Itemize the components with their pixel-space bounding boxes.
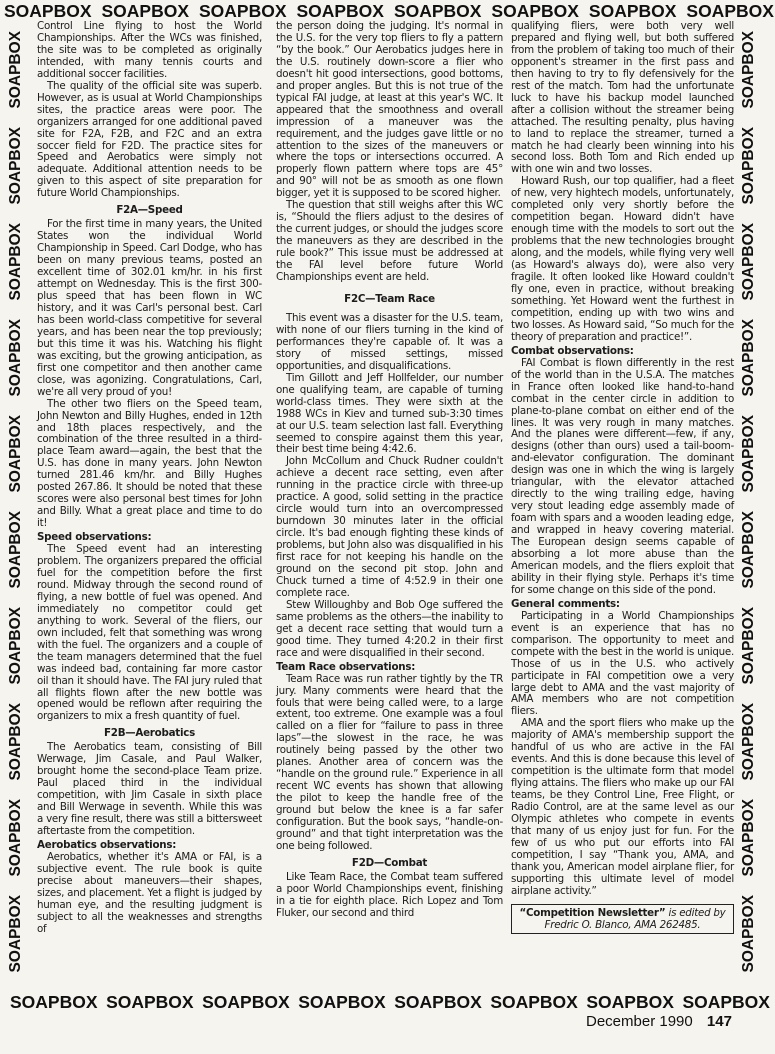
- banner-word: SOAPBOX: [6, 415, 26, 493]
- subheading-team-race-observations: Team Race observations:: [276, 661, 503, 673]
- banner-word: SOAPBOX: [739, 415, 759, 493]
- banner-word: SOAPBOX: [101, 1, 189, 22]
- banner-word: SOAPBOX: [739, 319, 759, 397]
- paragraph: Team Race was run rather tightly by the …: [276, 674, 503, 853]
- banner-word: SOAPBOX: [296, 1, 384, 22]
- section-heading-combat: F2D—Combat: [276, 857, 503, 869]
- banner-word: SOAPBOX: [6, 511, 26, 589]
- banner-word: SOAPBOX: [4, 1, 92, 22]
- paragraph: qualifying fliers, were both very well p…: [511, 21, 734, 176]
- subheading-general-comments: General comments:: [511, 598, 734, 610]
- paragraph: AMA and the sport fliers who make up the…: [511, 718, 734, 897]
- banner-word: SOAPBOX: [6, 703, 26, 781]
- paragraph: Like Team Race, the Combat team suffered…: [276, 872, 503, 920]
- banner-word: SOAPBOX: [739, 223, 759, 301]
- article-column-3: qualifying fliers, were both very well p…: [511, 21, 734, 934]
- banner-word: SOAPBOX: [491, 1, 579, 22]
- article-column-2: the person doing the judging. It's norma…: [276, 21, 503, 920]
- banner-word: SOAPBOX: [6, 31, 26, 109]
- banner-word: SOAPBOX: [739, 607, 759, 685]
- banner-word: SOAPBOX: [6, 799, 26, 877]
- banner-word: SOAPBOX: [202, 992, 290, 1013]
- banner-word: SOAPBOX: [739, 895, 759, 973]
- banner-word: SOAPBOX: [739, 799, 759, 877]
- banner-word: SOAPBOX: [10, 992, 98, 1013]
- subheading-combat-observations: Combat observations:: [511, 345, 734, 357]
- banner-word: SOAPBOX: [298, 992, 386, 1013]
- banner-word: SOAPBOX: [490, 992, 578, 1013]
- soapbox-banner-bottom: SOAPBOX SOAPBOX SOAPBOX SOAPBOX SOAPBOX …: [10, 992, 770, 1013]
- banner-word: SOAPBOX: [739, 511, 759, 589]
- subheading-speed-observations: Speed observations:: [37, 531, 262, 543]
- page-footer: December 1990 147: [586, 1013, 732, 1030]
- subheading-aerobatics-observations: Aerobatics observations:: [37, 839, 262, 851]
- banner-word: SOAPBOX: [6, 127, 26, 205]
- issue-date: December 1990: [586, 1013, 693, 1030]
- paragraph: Aerobatics, whether it's AMA or FAI, is …: [37, 852, 262, 936]
- paragraph: Stew Willoughby and Bob Oge suffered the…: [276, 600, 503, 660]
- paragraph: Participating in a World Championships e…: [511, 611, 734, 719]
- article-column-1: Control Line flying to host the World Ch…: [37, 21, 262, 936]
- paragraph: the person doing the judging. It's norma…: [276, 21, 503, 200]
- banner-word: SOAPBOX: [586, 992, 674, 1013]
- newsletter-title: “Competition Newsletter”: [519, 907, 665, 919]
- magazine-page: SOAPBOX SOAPBOX SOAPBOX SOAPBOX SOAPBOX …: [0, 0, 775, 1054]
- page-number: 147: [707, 1013, 732, 1030]
- soapbox-banner-right: SOAPBOX SOAPBOX SOAPBOX SOAPBOX SOAPBOX …: [739, 22, 759, 982]
- section-heading-speed: F2A—Speed: [37, 204, 262, 216]
- banner-word: SOAPBOX: [6, 223, 26, 301]
- banner-word: SOAPBOX: [6, 319, 26, 397]
- banner-word: SOAPBOX: [589, 1, 677, 22]
- paragraph: This event was a disaster for the U.S. t…: [276, 313, 503, 373]
- paragraph: John McCollum and Chuck Rudner couldn't …: [276, 456, 503, 599]
- banner-word: SOAPBOX: [6, 607, 26, 685]
- paragraph: Tim Gillott and Jeff Hollfelder, our num…: [276, 373, 503, 457]
- banner-word: SOAPBOX: [682, 992, 770, 1013]
- paragraph: The quality of the official site was sup…: [37, 81, 262, 201]
- section-heading-team-race: F2C—Team Race: [276, 293, 503, 305]
- banner-word: SOAPBOX: [739, 703, 759, 781]
- paragraph: Howard Rush, our top qualifier, had a fl…: [511, 176, 734, 343]
- editor-credit-box: “Competition Newsletter” is edited by Fr…: [511, 904, 734, 934]
- section-heading-aerobatics: F2B—Aerobatics: [37, 727, 262, 739]
- banner-word: SOAPBOX: [739, 31, 759, 109]
- paragraph: FAI Combat is flown differently in the r…: [511, 358, 734, 597]
- soapbox-banner-top: SOAPBOX SOAPBOX SOAPBOX SOAPBOX SOAPBOX …: [4, 1, 774, 22]
- banner-word: SOAPBOX: [394, 1, 482, 22]
- banner-word: SOAPBOX: [739, 127, 759, 205]
- credit-text: is edited by: [665, 907, 725, 919]
- banner-word: SOAPBOX: [6, 895, 26, 973]
- editor-name: Fredric O. Blanco, AMA 262485.: [518, 919, 727, 931]
- banner-word: SOAPBOX: [394, 992, 482, 1013]
- soapbox-banner-left: SOAPBOX SOAPBOX SOAPBOX SOAPBOX SOAPBOX …: [6, 22, 26, 982]
- banner-word: SOAPBOX: [686, 1, 774, 22]
- paragraph: For the first time in many years, the Un…: [37, 219, 262, 398]
- paragraph: Control Line flying to host the World Ch…: [37, 21, 262, 81]
- banner-word: SOAPBOX: [199, 1, 287, 22]
- paragraph: The other two fliers on the Speed team, …: [37, 399, 262, 530]
- paragraph: The question that still weighs after thi…: [276, 200, 503, 284]
- paragraph: The Aerobatics team, consisting of Bill …: [37, 742, 262, 838]
- banner-word: SOAPBOX: [106, 992, 194, 1013]
- paragraph: The Speed event had an interesting probl…: [37, 544, 262, 723]
